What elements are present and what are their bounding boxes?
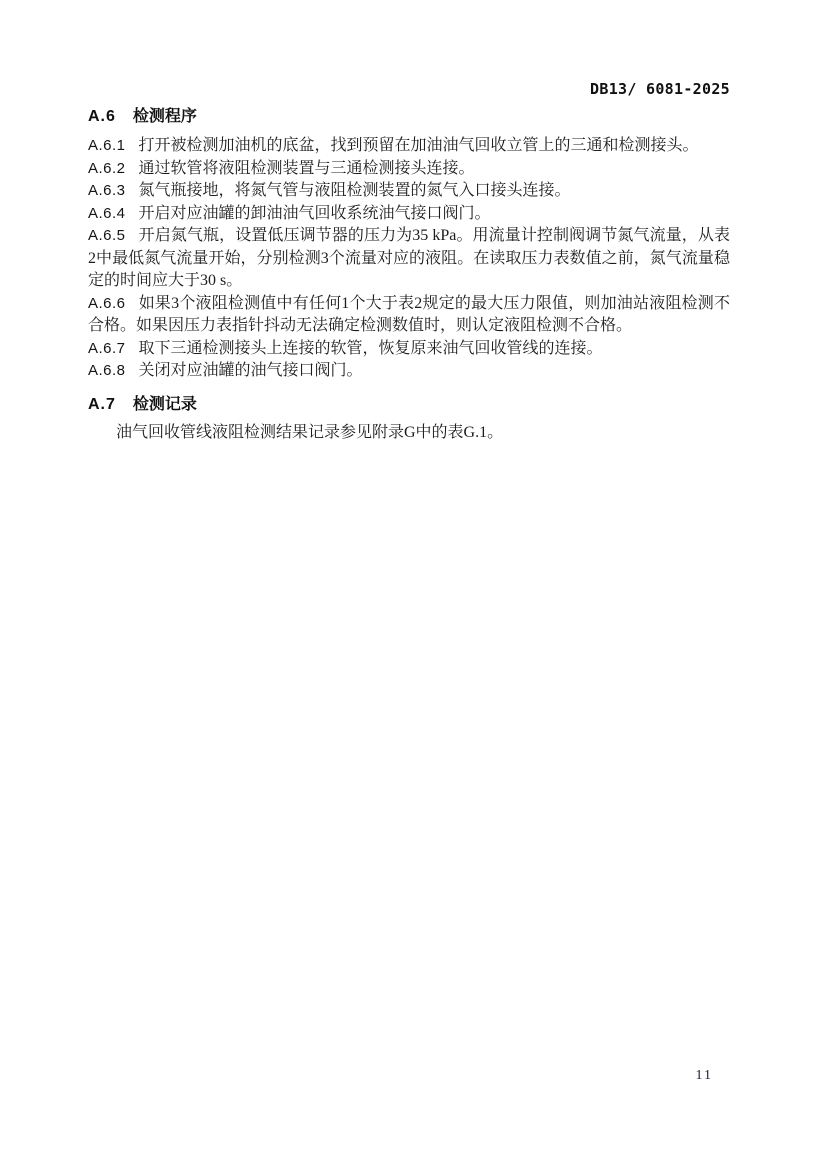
clause-text: 通过软管将液阻检测装置与三通检测接头连接。: [139, 160, 475, 177]
section-title: 检测程序: [133, 108, 197, 125]
clause-text: 开启对应油罐的卸油油气回收系统油气接口阀门。: [139, 205, 491, 222]
section-title: 检测记录: [133, 396, 197, 413]
clause-number: A.6.7: [88, 340, 126, 357]
clause-number: A.6.1: [88, 137, 126, 154]
clause-a6-6: A.6.6如果3个液阻检测值中有任何1个大于表2规定的最大压力限值，则加油站液阻…: [88, 293, 730, 338]
clause-text: 如果3个液阻检测值中有任何1个大于表2规定的最大压力限值，则加油站液阻检测不合格…: [88, 295, 730, 335]
clause-number: A.6.6: [88, 295, 126, 312]
standard-code-header: DB13/ 6081-2025: [590, 80, 730, 98]
page-number: 11: [696, 1068, 713, 1084]
section-heading-a6: A.6检测程序: [88, 105, 730, 129]
clause-number: A.6.8: [88, 362, 126, 379]
document-page: DB13/ 6081-2025 A.6检测程序 A.6.1打开被检测加油机的底盆…: [0, 0, 813, 1150]
clause-number: A.6.4: [88, 205, 126, 222]
clause-number: A.6.2: [88, 160, 126, 177]
clause-a6-2: A.6.2通过软管将液阻检测装置与三通检测接头连接。: [88, 158, 730, 181]
clause-a6-7: A.6.7取下三通检测接头上连接的软管，恢复原来油气回收管线的连接。: [88, 338, 730, 361]
clause-a6-5: A.6.5开启氮气瓶，设置低压调节器的压力为35 kPa。用流量计控制阀调节氮气…: [88, 225, 730, 293]
clause-number: A.6.5: [88, 227, 126, 244]
section-number: A.6: [88, 105, 116, 129]
clause-a6-4: A.6.4开启对应油罐的卸油油气回收系统油气接口阀门。: [88, 203, 730, 226]
clause-a6-3: A.6.3氮气瓶接地，将氮气管与液阻检测装置的氮气入口接头连接。: [88, 180, 730, 203]
clause-number: A.6.3: [88, 182, 126, 199]
section-number: A.7: [88, 393, 116, 417]
clause-a6-8: A.6.8关闭对应油罐的油气接口阀门。: [88, 360, 730, 383]
clause-text: 关闭对应油罐的油气接口阀门。: [139, 362, 363, 379]
section-a7-body: 油气回收管线液阻检测结果记录参见附录G中的表G.1。: [88, 422, 730, 445]
clause-text: 取下三通检测接头上连接的软管，恢复原来油气回收管线的连接。: [139, 340, 603, 357]
clause-text: 氮气瓶接地，将氮气管与液阻检测装置的氮气入口接头连接。: [139, 182, 571, 199]
clause-text: 开启氮气瓶，设置低压调节器的压力为35 kPa。用流量计控制阀调节氮气流量，从表…: [88, 227, 730, 289]
section-heading-a7: A.7检测记录: [88, 393, 730, 417]
clause-a6-1: A.6.1打开被检测加油机的底盆，找到预留在加油油气回收立管上的三通和检测接头。: [88, 135, 730, 158]
clause-text: 打开被检测加油机的底盆，找到预留在加油油气回收立管上的三通和检测接头。: [139, 137, 699, 154]
page-content: A.6检测程序 A.6.1打开被检测加油机的底盆，找到预留在加油油气回收立管上的…: [88, 105, 730, 444]
